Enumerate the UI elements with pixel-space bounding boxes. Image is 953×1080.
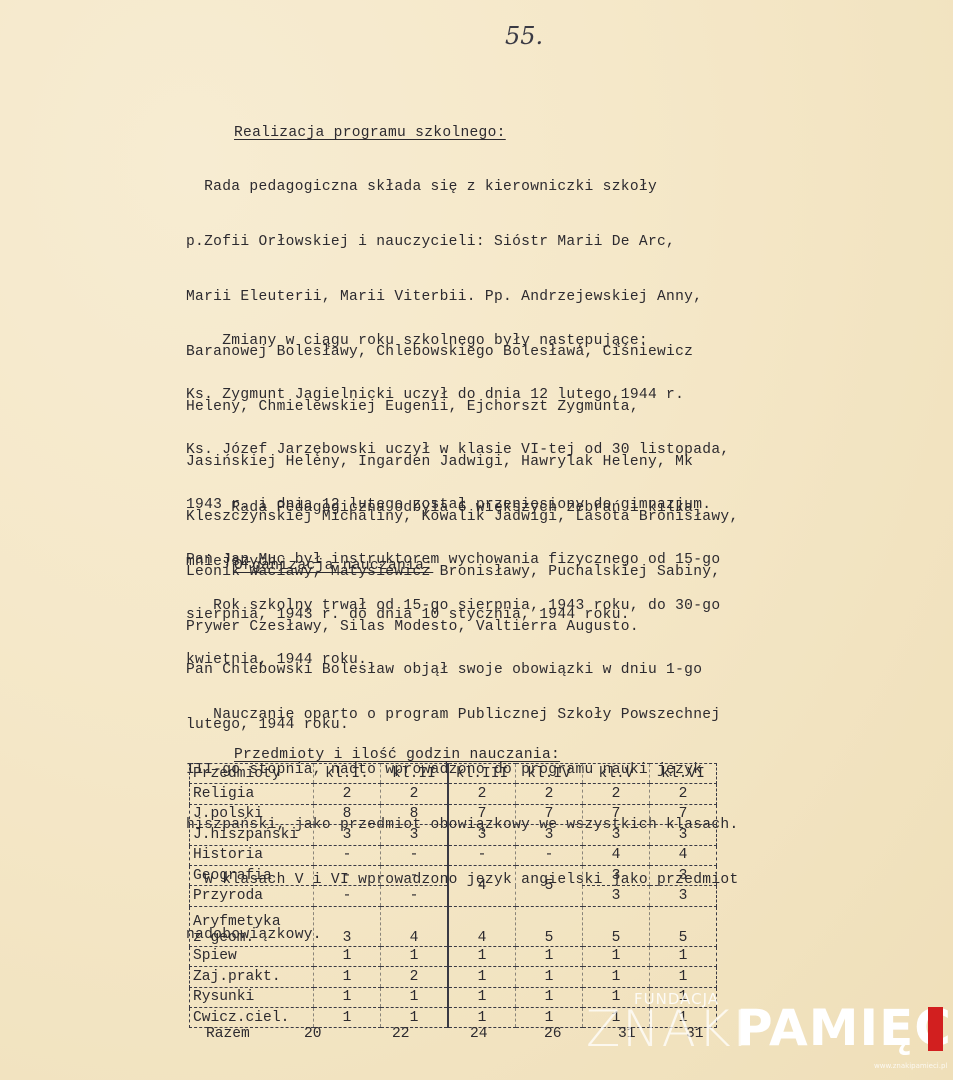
hours-cell: 1 (448, 1007, 516, 1027)
hours-cell: 2 (650, 784, 717, 804)
table-row: Religia222222 (190, 784, 717, 804)
hours-cell: 7 (516, 804, 583, 824)
hours-cell: 2 (381, 784, 449, 804)
total-value: 20 (304, 1026, 322, 1042)
hours-cell: 3 (650, 886, 717, 906)
table-row: Zaj.prakt.121111 (190, 967, 717, 987)
column-header-class: kl.V (583, 764, 650, 784)
hours-cell: 8 (381, 804, 449, 824)
hours-cell: 2 (516, 784, 583, 804)
hours-cell: 5 (583, 906, 650, 946)
subject-name: J.hiszpański (190, 825, 314, 845)
subject-name: Spiew (190, 946, 314, 966)
hours-cell: - (448, 845, 516, 865)
hours-cell: 2 (381, 967, 449, 987)
hours-cell: 1 (314, 946, 381, 966)
hours-cell: 1 (516, 987, 583, 1007)
hours-cell: 5 (516, 865, 583, 906)
subject-name: Geografia (190, 865, 314, 885)
text-line: Zmiany w ciągu roku szkolnego były nastę… (186, 332, 729, 350)
table-row: J.polski887777 (190, 804, 717, 824)
total-value: 22 (392, 1026, 410, 1042)
heading-school-program: Realizacja programu szkolnego: (234, 125, 506, 141)
watermark-thin: ZNAKI (586, 1000, 749, 1058)
hours-cell: 3 (314, 825, 381, 845)
text-line: Rok szkolny trwał od 15-go sierpnia, 194… (186, 597, 739, 615)
subject-name: Zaj.prakt. (190, 967, 314, 987)
hours-cell: 1 (583, 967, 650, 987)
column-header-class: kl.III (448, 764, 516, 784)
hours-cell: - (314, 886, 381, 906)
subject-name: Religia (190, 784, 314, 804)
hours-cell: 4 (650, 845, 717, 865)
total-value: 26 (544, 1026, 562, 1042)
hours-cell: 2 (314, 784, 381, 804)
hours-cell: 4 (448, 906, 516, 946)
heading-subjects-hours: Przedmioty i ilość godzin nauczania: (234, 747, 560, 763)
hours-cell: 5 (650, 906, 717, 946)
column-header-class: kl.VI (650, 764, 717, 784)
hours-cell: 7 (583, 804, 650, 824)
table-header-row: Przedmiotykl.I.kl.IIkl.IIIkl.IVkl.Vkl.VI (190, 764, 717, 784)
hours-cell: 1 (314, 967, 381, 987)
text-line: Ks. Zygmunt Jagielnicki uczył do dnia 12… (186, 386, 729, 404)
hours-cell: 3 (583, 865, 650, 885)
hours-cell: - (381, 886, 449, 906)
hours-cell: 1 (381, 987, 449, 1007)
hours-cell: 1 (650, 967, 717, 987)
hours-cell: 1 (516, 946, 583, 966)
hours-cell: 1 (314, 987, 381, 1007)
table-row: Geografia--4533 (190, 865, 717, 885)
hours-cell: 1 (516, 967, 583, 987)
hours-cell: 4 (448, 865, 516, 906)
hours-cell: 3 (650, 865, 717, 885)
page-number: 55. (505, 22, 543, 50)
watermark-red-bar-icon (928, 1007, 943, 1051)
watermark-url: www.znakipamieci.pl (874, 1062, 947, 1070)
watermark-logo: FUNDACJA ZNAKI PAMIĘCI www.znakipamieci.… (584, 990, 953, 1080)
table-row: Historia----44 (190, 845, 717, 865)
text-line: kwietnia, 1944 roku. (186, 651, 739, 669)
hours-cell: 4 (381, 906, 449, 946)
text-line: Rada Pedagogiczna odbyła 6 większych zeb… (186, 499, 693, 517)
hours-cell: - (314, 865, 381, 885)
hours-cell: 1 (448, 946, 516, 966)
subject-name: Historia (190, 845, 314, 865)
watermark-bold: PAMIĘCI (736, 999, 953, 1057)
hours-cell: 1 (583, 946, 650, 966)
subject-name: Rysunki (190, 987, 314, 1007)
table-row: Aryfmetykaz geom.344555 (190, 906, 717, 946)
subject-name: Przyroda (190, 886, 314, 906)
hours-cell: - (314, 845, 381, 865)
text-line: p.Zofii Orłowskiej i nauczycieli: Sióstr… (186, 233, 739, 251)
hours-cell: - (516, 845, 583, 865)
hours-cell: 5 (516, 906, 583, 946)
text-line: Rada pedagogiczna składa się z kierownic… (186, 178, 739, 196)
hours-cell: 1 (650, 946, 717, 966)
hours-cell: 4 (583, 845, 650, 865)
subject-name: Cwicz.ciel. (190, 1007, 314, 1027)
text-line: Ks. Józef Jarzębowski uczył w klasie VI-… (186, 441, 729, 459)
hours-cell: 2 (448, 784, 516, 804)
hours-cell: 3 (448, 825, 516, 845)
hours-cell: - (381, 865, 449, 885)
table-row: Spiew111111 (190, 946, 717, 966)
column-header-class: kl.IV (516, 764, 583, 784)
table-row: J.hiszpański333333 (190, 825, 717, 845)
hours-cell: 3 (314, 906, 381, 946)
subjects-hours-table: Przedmiotykl.I.kl.IIkl.IIIkl.IVkl.Vkl.VI… (189, 763, 717, 1028)
subject-name: Aryfmetykaz geom. (190, 906, 314, 946)
totals-label: Razem (206, 1026, 250, 1042)
column-header-class: kl.I. (314, 764, 381, 784)
hours-cell: 1 (314, 1007, 381, 1027)
hours-cell: 3 (583, 825, 650, 845)
subject-name: J.polski (190, 804, 314, 824)
hours-cell: 8 (314, 804, 381, 824)
total-value: 24 (470, 1026, 488, 1042)
hours-cell: - (381, 845, 449, 865)
hours-cell: 7 (448, 804, 516, 824)
hours-cell: 1 (516, 1007, 583, 1027)
column-header-subject: Przedmioty (190, 764, 314, 784)
hours-cell: 3 (650, 825, 717, 845)
hours-cell: 1 (448, 967, 516, 987)
hours-cell: 1 (448, 987, 516, 1007)
hours-cell: 3 (583, 886, 650, 906)
hours-cell: 7 (650, 804, 717, 824)
hours-cell: 1 (381, 946, 449, 966)
hours-cell: 2 (583, 784, 650, 804)
hours-cell: 1 (381, 1007, 449, 1027)
column-header-class: kl.II (381, 764, 449, 784)
hours-cell: 3 (516, 825, 583, 845)
hours-cell: 3 (381, 825, 449, 845)
